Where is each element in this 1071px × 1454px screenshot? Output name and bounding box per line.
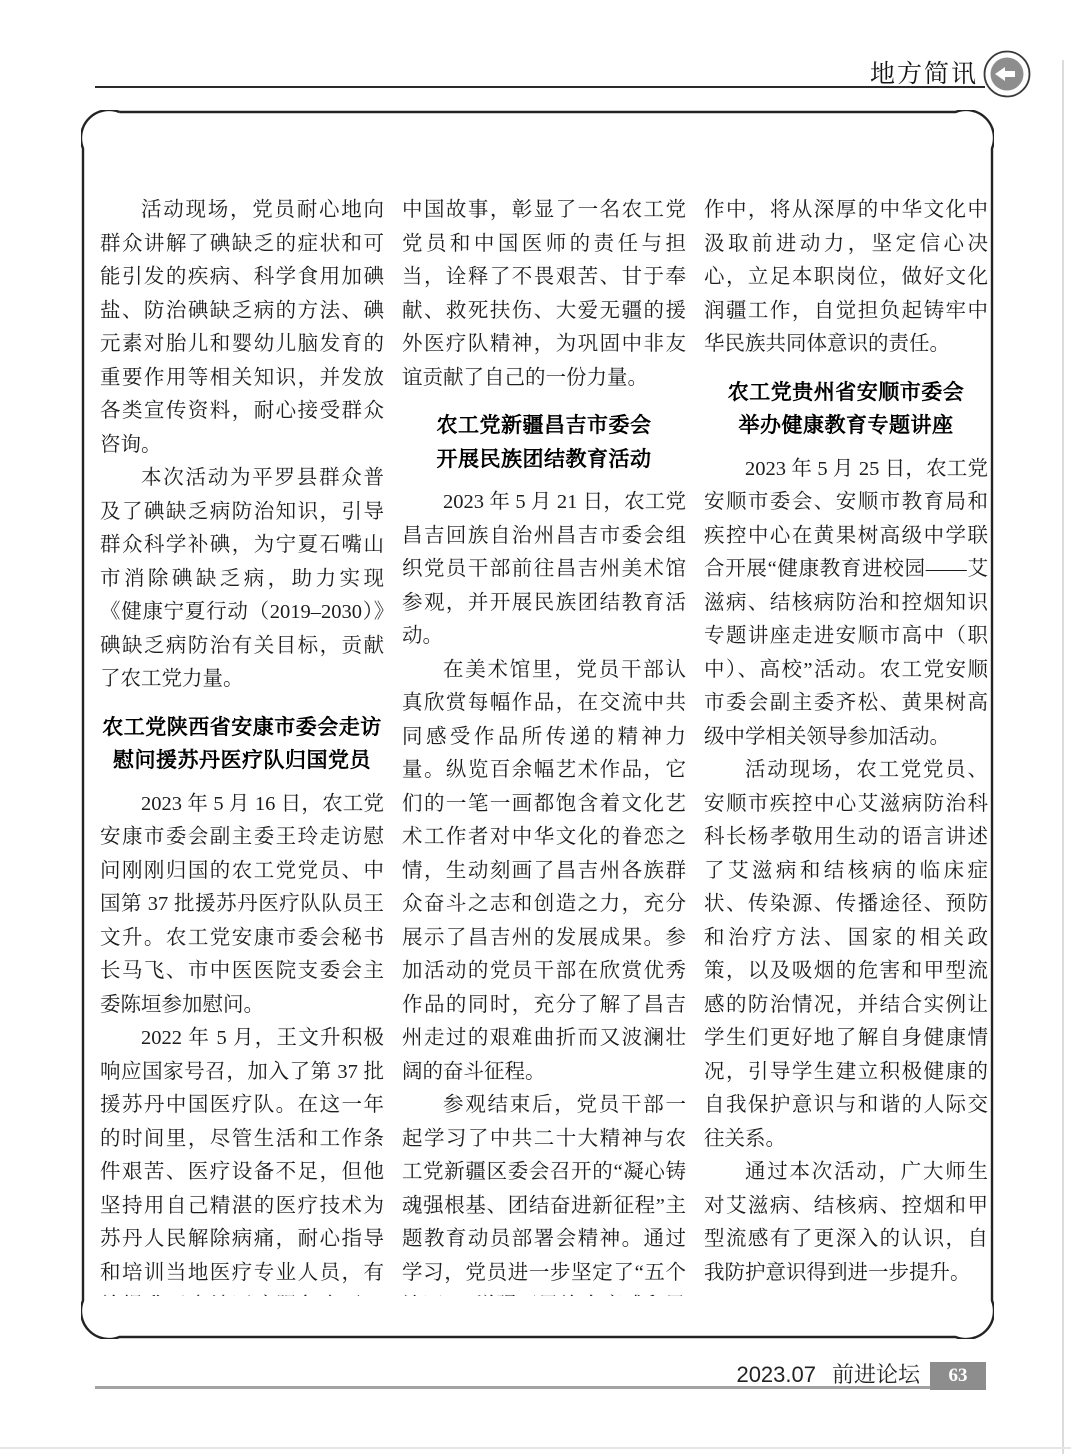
- paragraph: 2023 年 5 月 25 日，农工党安顺市委会、安顺市教育局和疾控中心在黄果树…: [704, 453, 988, 755]
- paragraph: 参观结束后，党员干部一起学习了中共二十大精神与农工党新疆区委会召开的“凝心铸魂强…: [402, 1089, 686, 1296]
- page-number-badge: 63: [930, 1362, 986, 1390]
- paragraph: 中国故事，彰显了一名农工党党员和中国医师的责任与担当，诠释了不畏艰苦、甘于奉献、…: [402, 194, 686, 395]
- paragraph: 通过本次活动，广大师生对艾滋病、结核病、控烟和甲型流感有了更深入的认识，自我防护…: [704, 1156, 988, 1290]
- paragraph: 活动现场，农工党党员、安顺市疾控中心艾滋病防治科科长杨孝敬用生动的语言讲述了艾滋…: [704, 754, 988, 1156]
- paragraph: 在美术馆里，党员干部认真欣赏每幅作品，在交流中共同感受作品所传递的精神力量。纵览…: [402, 654, 686, 1090]
- column-1: 活动现场，党员耐心地向群众讲解了碘缺乏的症状和可能引发的疾病、科学食用加碘盐、防…: [100, 194, 384, 1296]
- paragraph: 2023 年 5 月 21 日，农工党昌吉回族自治州昌吉市委会组织党员干部前往昌…: [402, 486, 686, 654]
- paragraph: 作中，将从深厚的中华文化中汲取前进动力，坚定信心决心，立足本职岗位，做好文化润疆…: [704, 194, 988, 362]
- header-rule: [95, 86, 985, 88]
- paragraph: 2022 年 5 月，王文升积极响应国家号召，加入了第 37 批援苏丹中国医疗队…: [100, 1022, 384, 1296]
- article-title: 农工党新疆昌吉市委会 开展民族团结教育活动: [402, 409, 686, 476]
- paragraph: 本次活动为平罗县群众普及了碘缺乏病防治知识，引导群众科学补碘，为宁夏石嘴山市消除…: [100, 462, 384, 697]
- paragraph: 2023 年 5 月 16 日，农工党安康市委会副主委王玲走访慰问刚刚归国的农工…: [100, 788, 384, 1023]
- arrow-left-circle-icon: [983, 50, 1031, 98]
- page-title: 地方简讯: [870, 54, 978, 90]
- page-edge: [0, 1447, 1071, 1449]
- paragraph: 活动现场，党员耐心地向群众讲解了碘缺乏的症状和可能引发的疾病、科学食用加碘盐、防…: [100, 194, 384, 462]
- footer-journal-info: 2023.07前进论坛: [560, 1358, 920, 1389]
- article-content: 活动现场，党员耐心地向群众讲解了碘缺乏的症状和可能引发的疾病、科学食用加碘盐、防…: [100, 194, 988, 1296]
- article-title: 农工党陕西省安康市委会走访 慰问援苏丹医疗队归国党员: [100, 711, 384, 778]
- footer-issue: 2023.07: [736, 1362, 816, 1387]
- article-title: 农工党贵州省安顺市委会 举办健康教育专题讲座: [704, 376, 988, 443]
- page-edge: [1062, 60, 1064, 1454]
- footer-journal-name: 前进论坛: [832, 1362, 920, 1387]
- column-3: 作中，将从深厚的中华文化中汲取前进动力，坚定信心决心，立足本职岗位，做好文化润疆…: [704, 194, 988, 1296]
- column-2: 中国故事，彰显了一名农工党党员和中国医师的责任与担当，诠释了不畏艰苦、甘于奉献、…: [402, 194, 686, 1296]
